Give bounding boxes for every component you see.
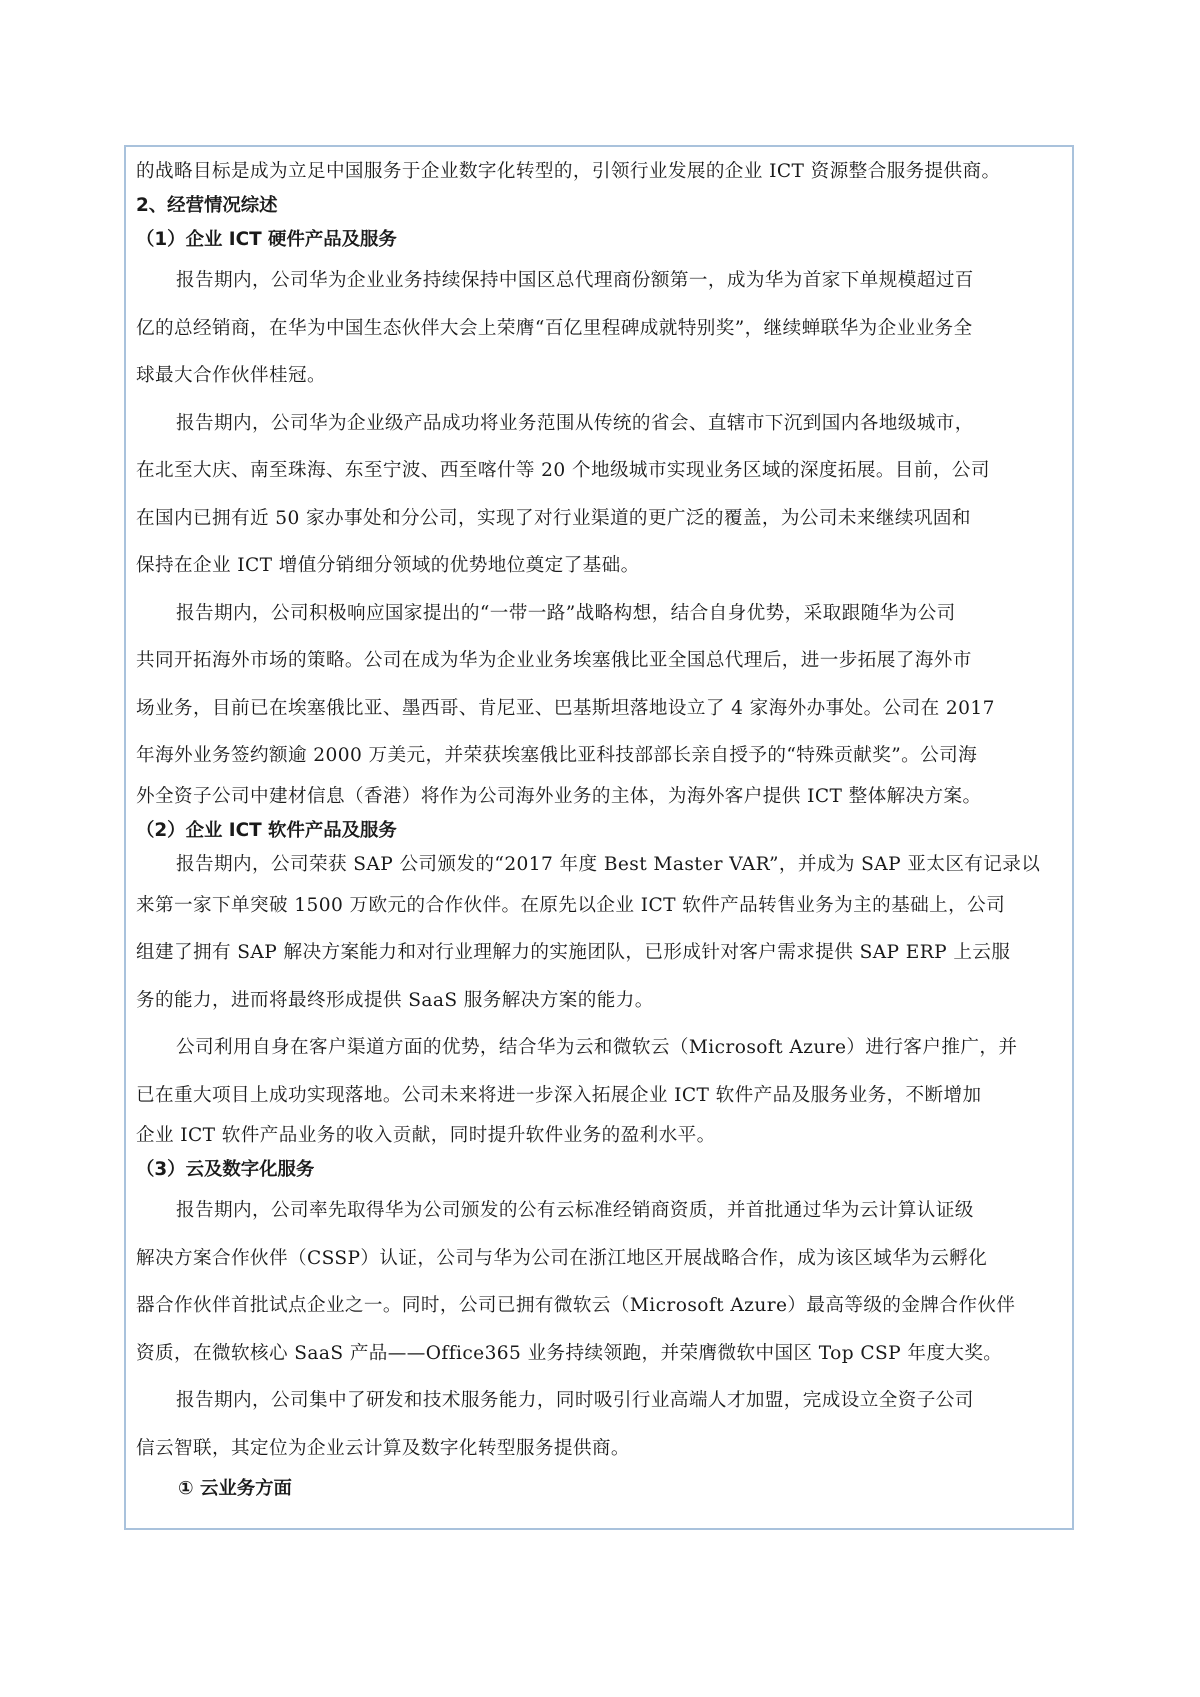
text-line: 器合作伙伴首批试点企业之一。同时，公司已拥有微软云（Microsoft Azur… [136,1282,1062,1330]
section-heading-operations: 2、经营情况综述 [136,189,1062,223]
text-line: 解决方案合作伙伴（CSSP）认证，公司与华为公司在浙江地区开展战略合作，成为该区… [136,1235,1062,1283]
text-line: 报告期内，公司积极响应国家提出的“一带一路”战略构想，结合自身优势，采取跟随华为… [136,590,1062,638]
paragraph-hardware-2: 报告期内，公司华为企业级产品成功将业务范围从传统的省会、直辖市下沉到国内各地级城… [136,400,1062,590]
text-line: 保持在企业 ICT 增值分销细分领域的优势地位奠定了基础。 [136,542,1062,590]
text-line: 在国内已拥有近 50 家办事处和分公司，实现了对行业渠道的更广泛的覆盖，为公司未… [136,495,1062,543]
paragraph-cloud-1: 报告期内，公司率先取得华为公司颁发的公有云标准经销商资质，并首批通过华为云计算认… [136,1187,1062,1377]
text-line: 务的能力，进而将最终形成提供 SaaS 服务解决方案的能力。 [136,977,1062,1025]
text-line: 球最大合作伙伴桂冠。 [136,352,1062,400]
text-line: 报告期内，公司华为企业业务持续保持中国区总代理商份额第一，成为华为首家下单规模超… [136,257,1062,305]
circled-heading-cloud-business: ① 云业务方面 [136,1472,1062,1506]
text-line: 报告期内，公司率先取得华为公司颁发的公有云标准经销商资质，并首批通过华为云计算认… [136,1187,1062,1235]
text-line: 组建了拥有 SAP 解决方案能力和对行业理解力的实施团队，已形成针对客户需求提供… [136,929,1062,977]
subheading-software: （2）企业 ICT 软件产品及服务 [136,814,1062,848]
paragraph-software-1: 报告期内，公司荣获 SAP 公司颁发的“2017 年度 Best Master … [136,848,1062,1025]
text-line: 企业 ICT 软件产品业务的收入贡献，同时提升软件业务的盈利水平。 [136,1119,1062,1153]
text-line: 共同开拓海外市场的策略。公司在成为华为企业业务埃塞俄比亚全国总代理后，进一步拓展… [136,637,1062,685]
text-line: 的战略目标是成为立足中国服务于企业数字化转型的，引领行业发展的企业 ICT 资源… [136,155,1062,189]
text-line: 来第一家下单突破 1500 万欧元的合作伙伴。在原先以企业 ICT 软件产品转售… [136,882,1062,930]
text-line: 公司利用自身在客户渠道方面的优势，结合华为云和微软云（Microsoft Azu… [136,1024,1062,1072]
text-line: 外全资子公司中建材信息（香港）将作为公司海外业务的主体，为海外客户提供 ICT … [136,780,1062,814]
subheading-hardware: （1）企业 ICT 硬件产品及服务 [136,223,1062,257]
text-line: 信云智联，其定位为企业云计算及数字化转型服务提供商。 [136,1425,1062,1473]
paragraph-hardware-3: 报告期内，公司积极响应国家提出的“一带一路”战略构想，结合自身优势，采取跟随华为… [136,590,1062,814]
paragraph-hardware-1: 报告期内，公司华为企业业务持续保持中国区总代理商份额第一，成为华为首家下单规模超… [136,257,1062,400]
text-line: 亿的总经销商，在华为中国生态伙伴大会上荣膺“百亿里程碑成就特别奖”，继续蝉联华为… [136,305,1062,353]
document-frame: 的战略目标是成为立足中国服务于企业数字化转型的，引领行业发展的企业 ICT 资源… [124,145,1074,1530]
paragraph-cloud-2: 报告期内，公司集中了研发和技术服务能力，同时吸引行业高端人才加盟，完成设立全资子… [136,1377,1062,1472]
text-line: 在北至大庆、南至珠海、东至宁波、西至喀什等 20 个地级城市实现业务区域的深度拓… [136,447,1062,495]
paragraph-software-2: 公司利用自身在客户渠道方面的优势，结合华为云和微软云（Microsoft Azu… [136,1024,1062,1153]
text-line: 资质，在微软核心 SaaS 产品——Office365 业务持续领跑，并荣膺微软… [136,1330,1062,1378]
subheading-cloud: （3）云及数字化服务 [136,1153,1062,1187]
text-line: 报告期内，公司集中了研发和技术服务能力，同时吸引行业高端人才加盟，完成设立全资子… [136,1377,1062,1425]
text-line: 场业务，目前已在埃塞俄比亚、墨西哥、肯尼亚、巴基斯坦落地设立了 4 家海外办事处… [136,685,1062,733]
text-line: 报告期内，公司华为企业级产品成功将业务范围从传统的省会、直辖市下沉到国内各地级城… [136,400,1062,448]
text-line: 已在重大项目上成功实现落地。公司未来将进一步深入拓展企业 ICT 软件产品及服务… [136,1072,1062,1120]
text-line: 报告期内，公司荣获 SAP 公司颁发的“2017 年度 Best Master … [136,848,1062,882]
text-line: 年海外业务签约额逾 2000 万美元，并荣获埃塞俄比亚科技部部长亲自授予的“特殊… [136,732,1062,780]
